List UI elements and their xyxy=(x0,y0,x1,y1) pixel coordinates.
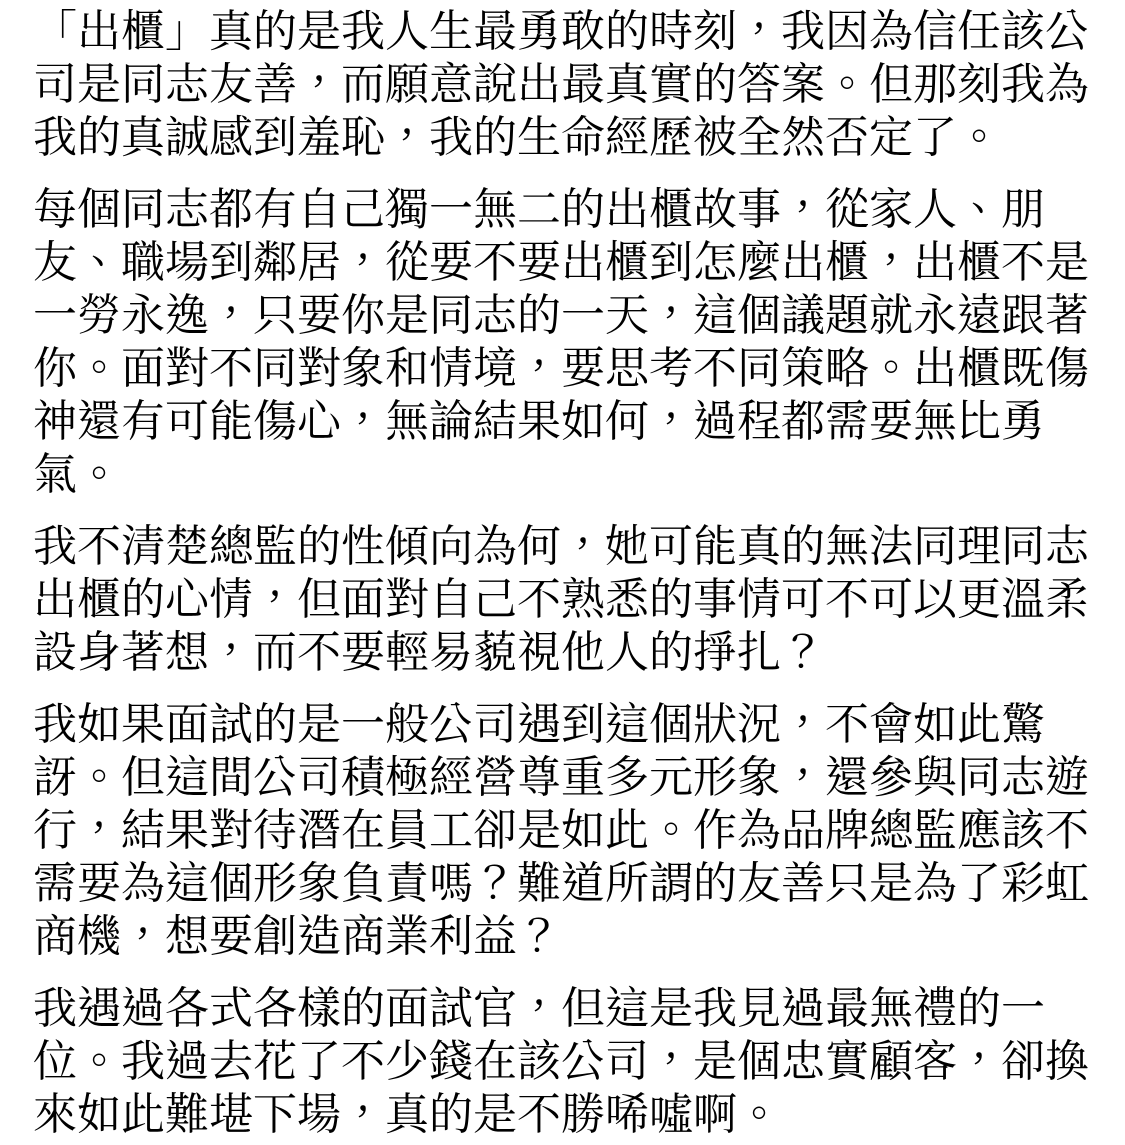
page: { "page": { "background_color": "#ffffff… xyxy=(0,0,1125,1145)
paragraph-every-story-unique: 每個同志都有自己獨一無二的出櫃故事，從家人、朋友、職場到鄰居，從要不要出櫃到怎麼… xyxy=(33,183,1095,501)
paragraph-rudest-interviewer: 我遇過各式各樣的面試官，但這是我見過最無禮的一位。我過去花了不少錢在該公司，是個… xyxy=(33,982,1095,1141)
post-body: 「出櫃」真的是我人生最勇敢的時刻，我因為信任該公司是同志友善，而願意說出最真實的… xyxy=(0,0,1125,1141)
paragraph-company-image: 我如果面試的是一般公司遇到這個狀況，不會如此驚訝。但這間公司積極經營尊重多元形象… xyxy=(33,698,1095,963)
paragraph-coming-out-moment: 「出櫃」真的是我人生最勇敢的時刻，我因為信任該公司是同志友善，而願意說出最真實的… xyxy=(33,5,1095,164)
paragraph-director-empathy: 我不清楚總監的性傾向為何，她可能真的無法同理同志出櫃的心情，但面對自己不熟悉的事… xyxy=(33,520,1095,679)
